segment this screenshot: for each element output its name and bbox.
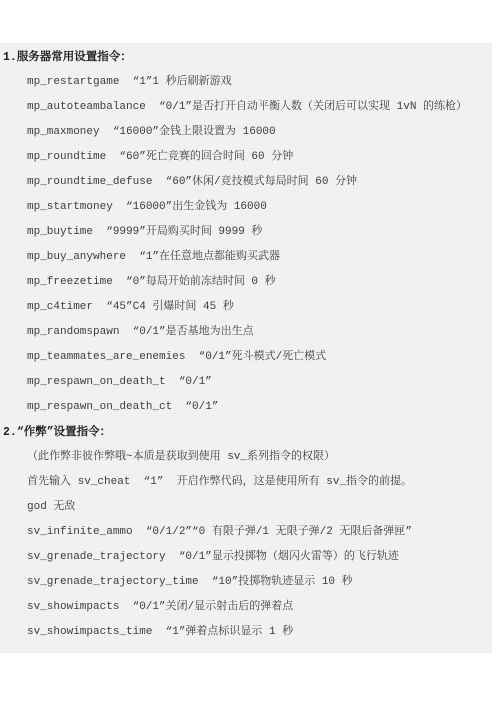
command-line: 首先输入 sv_cheat “1” 开启作弊代码，这是使用所有 sv_指令的前提… [0, 470, 492, 495]
command-line: mp_c4timer “45”C4 引爆时间 45 秒 [0, 295, 492, 320]
command-line: mp_roundtime “60”死亡竞赛的回合时间 60 分钟 [0, 145, 492, 170]
section-number: 1. [3, 51, 17, 64]
command-line: sv_infinite_ammo “0/1/2”“0 有限子弹/1 无限子弹/2… [0, 520, 492, 545]
document-page: 1.服务器常用设置指令：mp_restartgame “1”1 秒后刷新游戏mp… [0, 0, 500, 708]
command-line: sv_grenade_trajectory “0/1”显示投掷物（烟闪火雷等）的… [0, 545, 492, 570]
command-line: sv_showimpacts_time “1”弹着点标识显示 1 秒 [0, 620, 492, 645]
command-line: mp_randomspawn “0/1”是否基地为出生点 [0, 320, 492, 345]
command-line: （此作弊非彼作弊哦~本质是获取到使用 sv_系列指令的权限） [0, 445, 492, 470]
command-line: mp_buy_anywhere “1”在任意地点都能购买武器 [0, 245, 492, 270]
command-line: mp_buytime “9999”开局购买时间 9999 秒 [0, 220, 492, 245]
command-line: mp_teammates_are_enemies “0/1”死斗模式/死亡模式 [0, 345, 492, 370]
command-line: mp_respawn_on_death_t “0/1” [0, 370, 492, 395]
command-line: mp_restartgame “1”1 秒后刷新游戏 [0, 70, 492, 95]
command-line: mp_roundtime_defuse “60”休闲/竞技模式每局时间 60 分… [0, 170, 492, 195]
command-line: mp_startmoney “16000”出生金钱为 16000 [0, 195, 492, 220]
section-title: “作弊”设置指令： [17, 426, 111, 439]
command-line: mp_freezetime “0”每局开始前冻结时间 0 秒 [0, 270, 492, 295]
command-line: god 无敌 [0, 495, 492, 520]
section-title: 服务器常用设置指令： [17, 51, 132, 64]
command-line: mp_respawn_on_death_ct “0/1” [0, 395, 492, 420]
content-area: 1.服务器常用设置指令：mp_restartgame “1”1 秒后刷新游戏mp… [0, 43, 492, 653]
command-line: sv_showimpacts “0/1”关闭/显示射击后的弹着点 [0, 595, 492, 620]
command-line: mp_autoteambalance “0/1”是否打开自动平衡人数（关闭后可以… [0, 95, 492, 120]
section-heading: 1.服务器常用设置指令： [0, 45, 492, 70]
command-line: mp_maxmoney “16000”金钱上限设置为 16000 [0, 120, 492, 145]
command-line: sv_grenade_trajectory_time “10”投掷物轨迹显示 1… [0, 570, 492, 595]
section-number: 2. [3, 426, 17, 439]
section-heading: 2.“作弊”设置指令： [0, 420, 492, 445]
